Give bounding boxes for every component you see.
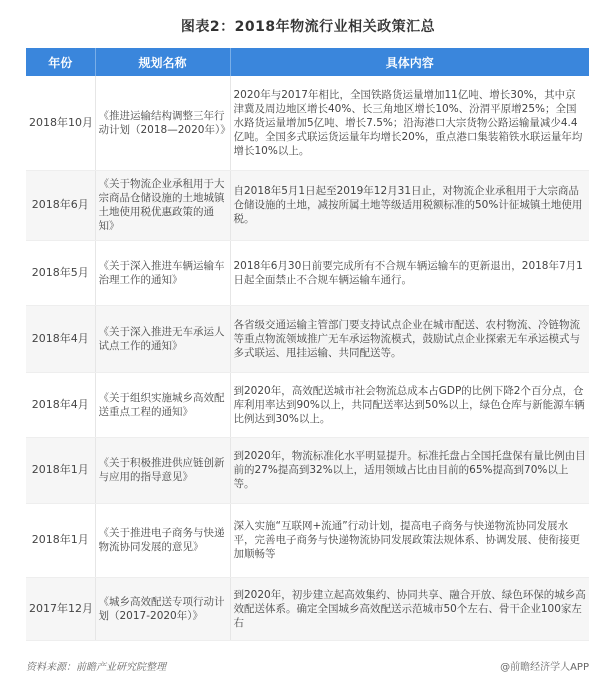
cell-content: 自2018年5月1日起至2019年12月31日止，对物流企业承租用于大宗商品仓储… (230, 170, 589, 240)
cell-year: 2018年6月 (26, 170, 95, 240)
brand-credit: @前瞻经济学人APP (500, 658, 589, 673)
table-row: 2018年4月 《关于深入推进无车承运人试点工作的通知》 各省级交通运输主管部门… (26, 305, 589, 372)
cell-content: 2020年与2017年相比，全国铁路货运量增加11亿吨、增长30%，其中京津冀及… (230, 76, 589, 170)
table-row: 2018年1月 《关于推进电子商务与快递物流协同发展的意见》 深入实施“互联网+… (26, 503, 589, 577)
cell-year: 2018年4月 (26, 305, 95, 372)
cell-year: 2018年1月 (26, 503, 95, 577)
cell-content: 到2020年，初步建立起高效集约、协同共享、融合开放、绿色环保的城乡高效配送体系… (230, 577, 589, 640)
cell-year: 2018年10月 (26, 76, 95, 170)
table-header-row: 年份 规划名称 具体内容 (26, 48, 589, 76)
cell-name: 《关于积极推进供应链创新与应用的指导意见》 (95, 437, 230, 503)
cell-name: 《关于推进电子商务与快递物流协同发展的意见》 (95, 503, 230, 577)
cell-name: 《关于组织实施城乡高效配送重点工程的通知》 (95, 372, 230, 437)
cell-year: 2018年1月 (26, 437, 95, 503)
cell-year: 2017年12月 (26, 577, 95, 640)
table-row: 2018年10月 《推进运输结构调整三年行动计划（2018—2020年）》 20… (26, 76, 589, 170)
table-row: 2018年6月 《关于物流企业承租用于大宗商品仓储设施的土地城镇土地使用税优惠政… (26, 170, 589, 240)
header-content: 具体内容 (230, 48, 589, 76)
cell-content: 到2020年，高效配送城市社会物流总成本占GDP的比例下降2个百分点，仓库利用率… (230, 372, 589, 437)
cell-name: 《关于深入推进车辆运输车治理工作的通知》 (95, 240, 230, 305)
cell-content: 2018年6月30日前要完成所有不合规车辆运输车的更新退出，2018年7月1日起… (230, 240, 589, 305)
cell-name: 《关于深入推进无车承运人试点工作的通知》 (95, 305, 230, 372)
cell-name: 《关于物流企业承租用于大宗商品仓储设施的土地城镇土地使用税优惠政策的通知》 (95, 170, 230, 240)
cell-year: 2018年5月 (26, 240, 95, 305)
table-row: 2018年4月 《关于组织实施城乡高效配送重点工程的通知》 到2020年，高效配… (26, 372, 589, 437)
cell-content: 到2020年，物流标准化水平明显提升。标准托盘占全国托盘保有量比例由目前的27%… (230, 437, 589, 503)
cell-year: 2018年4月 (26, 372, 95, 437)
table-row: 2018年1月 《关于积极推进供应链创新与应用的指导意见》 到2020年，物流标… (26, 437, 589, 503)
table-row: 2018年5月 《关于深入推进车辆运输车治理工作的通知》 2018年6月30日前… (26, 240, 589, 305)
header-name: 规划名称 (95, 48, 230, 76)
policy-table: 年份 规划名称 具体内容 2018年10月 《推进运输结构调整三年行动计划（20… (26, 48, 589, 641)
table-title: 图表2：2018年物流行业相关政策汇总 (0, 16, 616, 36)
cell-content: 各省级交通运输主管部门要支持试点企业在城市配送、农村物流、冷链物流等重点物流领域… (230, 305, 589, 372)
cell-name: 《城乡高效配送专项行动计划（2017-2020年）》 (95, 577, 230, 640)
source-note: 资料来源：前瞻产业研究院整理 (26, 658, 166, 673)
cell-name: 《推进运输结构调整三年行动计划（2018—2020年）》 (95, 76, 230, 170)
header-year: 年份 (26, 48, 95, 76)
table-row: 2017年12月 《城乡高效配送专项行动计划（2017-2020年）》 到202… (26, 577, 589, 640)
cell-content: 深入实施“互联网+流通”行动计划，提高电子商务与快递物流协同发展水平，完善电子商… (230, 503, 589, 577)
